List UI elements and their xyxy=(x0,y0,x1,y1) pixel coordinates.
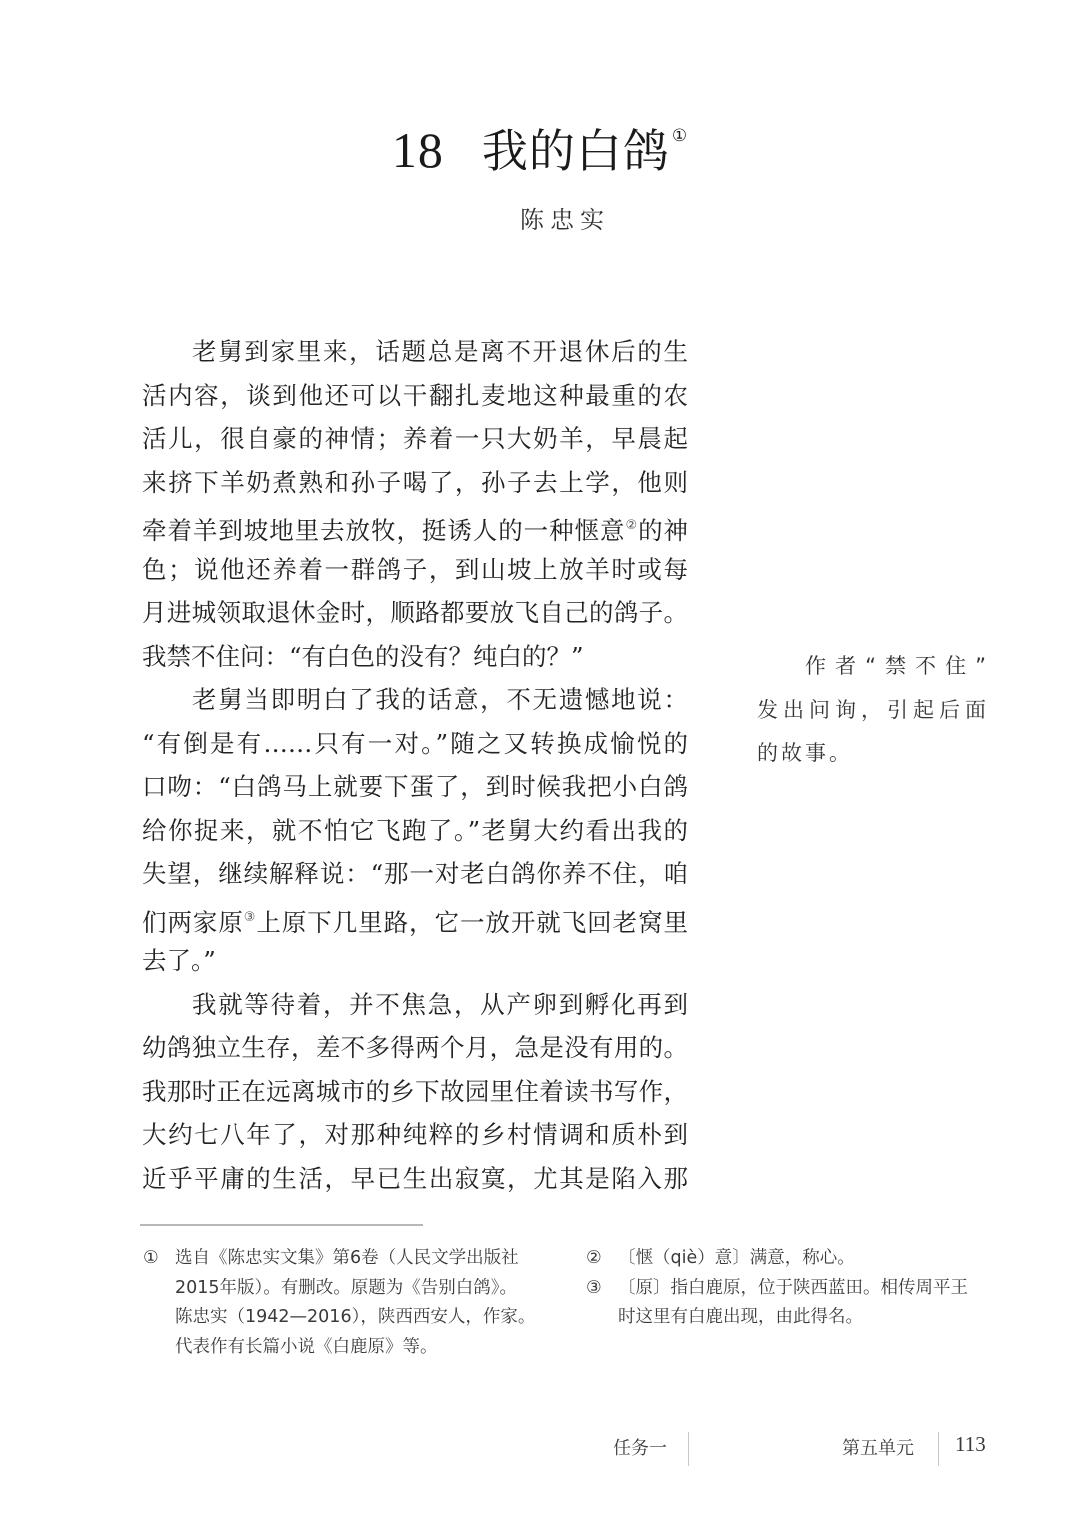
footnote-line: 时这里有白鹿出现，由此得名。 xyxy=(618,1303,996,1333)
body-line: 老舅当即明白了我的话意，不无遗憾地说： xyxy=(142,678,688,722)
body-line: 失望，继续解释说：“那一对老白鸽你养不住，咱 xyxy=(142,852,688,896)
body-line: 近乎平庸的生活，早已生出寂寞，尤其是陷入那 xyxy=(142,1157,688,1201)
body-line-segment: 上原下几里路，它一放开就飞回老窝里 xyxy=(256,908,688,937)
body-line: “有倒是有……只有一对。”随之又转换成愉悦的 xyxy=(142,722,688,766)
footnote-divider xyxy=(140,1224,423,1226)
lesson-title: 18我的白鸽① xyxy=(0,108,1080,179)
body-line-segment: 牵着羊到坡地里去放牧，挺诱人的一种惬意 xyxy=(142,516,625,545)
footer-task-label: 任务一 xyxy=(613,1434,667,1460)
footer-divider xyxy=(688,1432,689,1466)
annotation-line: 的故事。 xyxy=(757,732,989,776)
footnote-ref-2[interactable]: ② xyxy=(625,518,638,533)
body-line: 来挤下羊奶煮熟和孙子喝了，孙子去上学，他则 xyxy=(142,461,688,505)
body-line: 我禁不住问：“有白色的没有？纯白的？” xyxy=(142,635,688,679)
annotation-line: 作者“禁不住” xyxy=(757,645,989,689)
lesson-title-text: 我的白鸽 xyxy=(482,124,670,178)
lesson-number: 18 xyxy=(392,122,444,178)
page-number: 113 xyxy=(955,1432,986,1457)
body-line-segment: 的神 xyxy=(638,516,688,545)
body-line: 大约七八年了，对那种纯粹的乡村情调和质朴到 xyxy=(142,1113,688,1157)
body-line: 我那时正在远离城市的乡下故园里住着读书写作， xyxy=(142,1070,688,1114)
body-line: 色；说他还养着一群鸽子，到山坡上放羊时或每 xyxy=(142,548,688,592)
body-line: 去了。” xyxy=(142,939,688,983)
body-line: 老舅到家里来，话题总是离不开退休后的生 xyxy=(142,330,688,374)
footnote-ref-3[interactable]: ③ xyxy=(244,910,257,925)
footnote-mark: ② xyxy=(586,1244,602,1274)
footnote-line: 〔惬（qiè）意〕满意，称心。 xyxy=(618,1244,996,1274)
footnote-ref-1[interactable]: ① xyxy=(672,126,688,146)
footer-divider xyxy=(938,1432,939,1466)
footer-unit-label: 第五单元 xyxy=(842,1434,914,1460)
footnote-line: 〔原〕指白鹿原，位于陕西蓝田。相传周平王 xyxy=(618,1274,996,1304)
footnote-line: 2015年版）。有删改。原题为《告别白鸽》。 xyxy=(175,1274,563,1304)
body-text: 老舅到家里来，话题总是离不开退休后的生 活内容，谈到他还可以干翻扎麦地这种最重的… xyxy=(142,330,688,1200)
author-name: 陈忠实 xyxy=(0,200,1080,235)
footnote-mark: ③ xyxy=(586,1274,602,1304)
body-line: 给你捉来，就不怕它飞跑了。”老舅大约看出我的 xyxy=(142,809,688,853)
footnotes-right-column: ② 〔惬（qiè）意〕满意，称心。 ③ 〔原〕指白鹿原，位于陕西蓝田。相传周平王… xyxy=(586,1244,996,1333)
footnote-1: ① 选自《陈忠实文集》第6卷（人民文学出版社 2015年版）。有删改。原题为《告… xyxy=(143,1244,563,1362)
body-line: 活儿，很自豪的神情；养着一只大奶羊，早晨起 xyxy=(142,417,688,461)
body-line-segment: 们两家原 xyxy=(142,908,244,937)
footnote-2: ② 〔惬（qiè）意〕满意，称心。 xyxy=(586,1244,996,1274)
body-line: 幼鸽独立生存，差不多得两个月，急是没有用的。 xyxy=(142,1026,688,1070)
footnote-line: 陈忠实（1942—2016），陕西西安人，作家。 xyxy=(175,1303,563,1333)
body-line: 月进城领取退休金时，顺路都要放飞自己的鸽子。 xyxy=(142,591,688,635)
body-line: 口吻：“白鸽马上就要下蛋了，到时候我把小白鸽 xyxy=(142,765,688,809)
margin-annotation: 作者“禁不住” 发出问询，引起后面 的故事。 xyxy=(757,645,989,776)
body-line: 我就等待着，并不焦急，从产卵到孵化再到 xyxy=(142,983,688,1027)
body-line: 活内容，谈到他还可以干翻扎麦地这种最重的农 xyxy=(142,374,688,418)
body-line: 牵着羊到坡地里去放牧，挺诱人的一种惬意②的神 xyxy=(142,504,688,548)
footnote-3: ③ 〔原〕指白鹿原，位于陕西蓝田。相传周平王 时这里有白鹿出现，由此得名。 xyxy=(586,1274,996,1333)
body-line: 们两家原③上原下几里路，它一放开就飞回老窝里 xyxy=(142,896,688,940)
footnote-mark: ① xyxy=(143,1244,159,1274)
footnote-line: 代表作有长篇小说《白鹿原》等。 xyxy=(175,1333,563,1363)
footnotes-left-column: ① 选自《陈忠实文集》第6卷（人民文学出版社 2015年版）。有删改。原题为《告… xyxy=(143,1244,563,1362)
annotation-line: 发出问询，引起后面 xyxy=(757,689,989,733)
footnote-line: 选自《陈忠实文集》第6卷（人民文学出版社 xyxy=(175,1244,563,1274)
